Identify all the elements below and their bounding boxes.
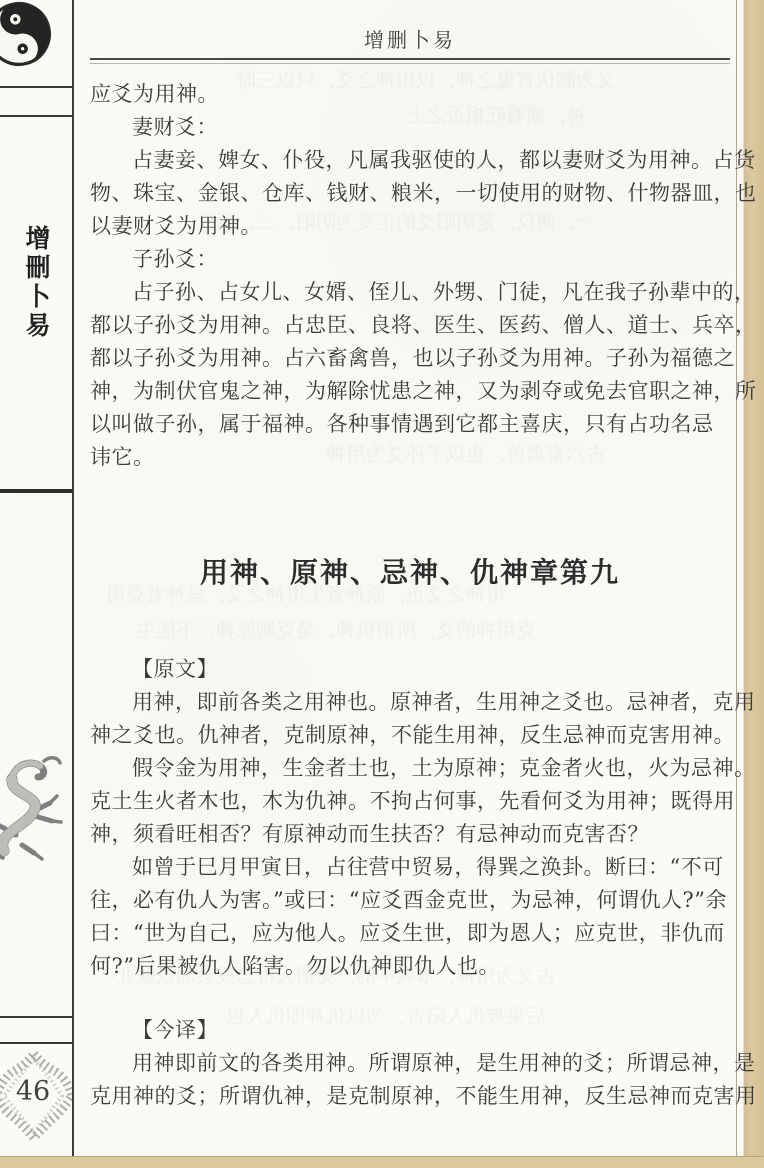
translation-text-block: 【今译】用神即前文的各类用神。所谓原神，是生用神的爻；所谓忌神，是克用神的爻；所… [90,1014,730,1113]
text-line: 神之爻也。仇神者，克制原神，不能生用神，反生忌神而克害用神。 [90,719,730,752]
text-line: 妻财爻： [90,111,730,144]
text-line: 【今译】 [90,1014,730,1047]
text-line: 神，为制伏官鬼之神，为解除忧患之神，又为剥夺或免去官职之神，所 [90,375,730,408]
running-header: 增删卜易 [90,24,730,53]
text-line: 都以子孙爻为用神。占忠臣、良将、医生、医药、僧人、道士、兵卒， [90,309,730,342]
sidebar: 增刪卜易 [0,0,74,1157]
book-bottom-edge [0,1156,764,1168]
taiji-cell [0,0,72,88]
text-line: 克土生火者木也，木为仇神。不拘占何事，先看何爻为用神；既得用 [90,785,730,818]
text-line: 曰：“世为自己，应为他人。应爻生世，即为恩人；应克世，非仇而 [90,917,730,950]
original-text-block: 【原文】用神，即前各类之用神也。原神者，生用神之爻也。忌神者，克用神之爻也。仇神… [90,653,730,983]
page-scan: 增刪卜易 [0,0,764,1168]
text-line: 子孙爻： [90,243,730,276]
text-line: 假令金为用神，生金者土也，土为原神；克金者火也，火为忌神。 [90,752,730,785]
page-number-ornament: 46 [0,1044,72,1155]
text-line: 用神，即前各类之用神也。原神者，生用神之爻也。忌神者，克用 [90,686,730,719]
intro-text-block: 应爻为用神。妻财爻：占妻妾、婢女、仆役，凡属我驱使的人，都以妻财爻为用神。占货物… [90,78,730,474]
page-number: 46 [0,1076,66,1107]
text-line: 以叫做子孙，属于福神。各种事情遇到它都主喜庆，只有占功名忌 [90,408,730,441]
text-line: 克用神的爻；所谓仇神，是克制原神，不能生用神，反生忌神而克害用 [90,1080,730,1113]
text-line: 应爻为用神。 [90,78,730,111]
text-line: 往，必有仇人为害。”或曰：“应爻酉金克世，为忌神，何谓仇人?”余 [90,884,730,917]
text-line: 如曾于巳月甲寅日，占往营中贸易，得巽之涣卦。断曰：“不可 [90,851,730,884]
spine-title: 增刪卜易 [18,225,54,341]
text-line: 讳它。 [90,441,730,474]
header-rule [90,58,730,64]
text-line: 都以子孙爻为用神。占六畜禽兽，也以子孙爻为用神。子孙为福德之 [90,342,730,375]
text-line: 物、珠宝、金银、仓库、钱财、粮米，一切使用的财物、什物器皿，也 [90,177,730,210]
text-line: 【原文】 [90,653,730,686]
spine-cell: 增刪卜易 [0,117,72,493]
main-content: 增删卜易 应爻为用神。妻财爻：占妻妾、婢女、仆役，凡属我驱使的人，都以妻财爻为用… [76,0,737,1157]
ghost-text: 克用神的爻，所谓仇神，是克制原神，不能生 [136,614,536,643]
sidebar-divider-cell [0,88,72,117]
dragon-cell [0,493,72,1018]
text-line: 神，须看旺相否？有原神动而生扶否？有忌神动而克害否？ [90,818,730,851]
text-line: 用神即前文的各类用神。所谓原神，是生用神的爻；所谓忌神，是 [90,1047,730,1080]
text-line: 占子孙、占女儿、女婿、侄儿、外甥、门徒，凡在我子孙辈中的， [90,276,730,309]
text-line: 占妻妾、婢女、仆役，凡属我驱使的人，都以妻财爻为用神。占货 [90,144,730,177]
chapter-title: 用神、原神、忌神、仇神章第九 [90,552,730,594]
text-line: 以妻财爻为用神。 [90,210,730,243]
text-line: 何?”后果被仇人陷害。勿以仇神即仇人也。 [90,950,730,983]
sidebar-divider-cell-2 [0,1018,72,1044]
